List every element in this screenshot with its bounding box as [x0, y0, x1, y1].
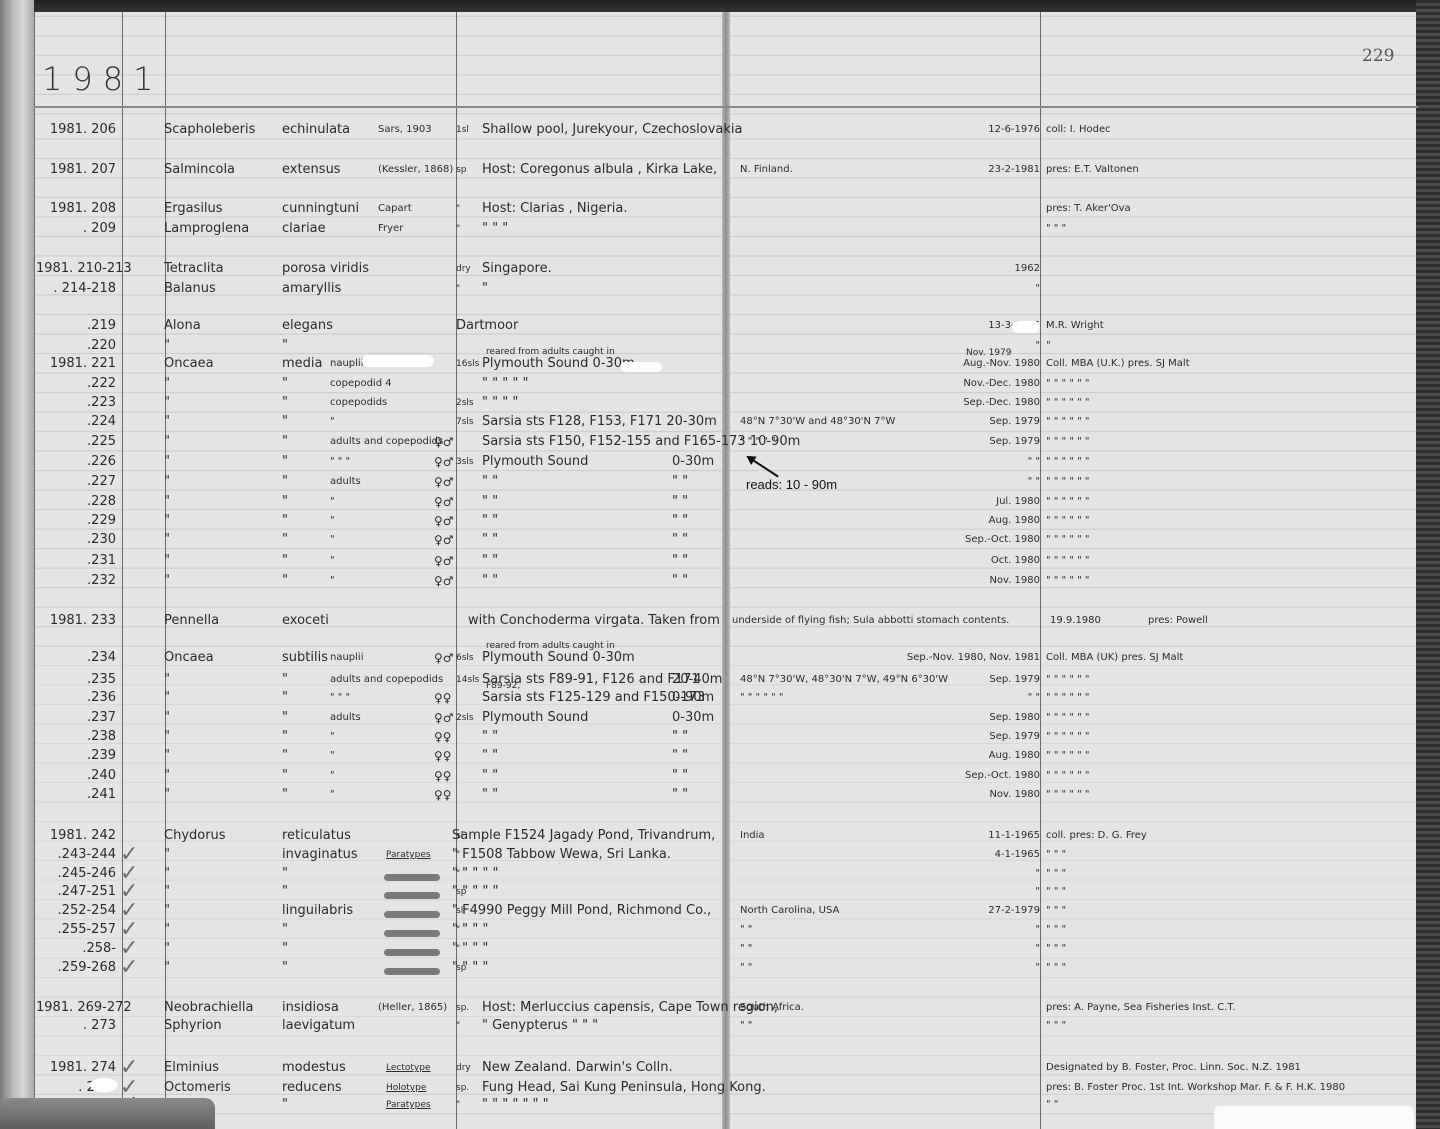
row-species: ": [282, 338, 288, 354]
page-number: 229: [1362, 46, 1394, 66]
row-locality: " ": [482, 729, 498, 745]
row-date: Nov. 1980: [900, 573, 1040, 589]
struck-through-mark: [384, 949, 440, 956]
row-prep: ": [456, 201, 460, 217]
row-reg: .220: [36, 338, 116, 354]
row-sex: ♀♂: [434, 710, 454, 726]
row-locality: " ": [482, 553, 498, 569]
row-notes: " " " " " ": [1046, 532, 1090, 548]
row-date: 1962: [900, 261, 1040, 277]
row-stage: ": [330, 553, 335, 569]
redaction-patch: [362, 355, 434, 367]
row-sex: ♀♂: [434, 553, 454, 569]
row-prep: 1sl: [456, 122, 469, 138]
row-genus: ": [164, 454, 170, 470]
row-stage: ": [330, 494, 335, 510]
row-date-note: Nov. 1979: [966, 345, 1012, 361]
book-right-edge: [1416, 0, 1440, 1129]
row-species: ": [282, 513, 288, 529]
row-locality2: India: [740, 828, 765, 844]
row-depth: 0-30m: [672, 710, 714, 726]
row-species: ": [282, 573, 288, 589]
row-prep: dry: [456, 261, 471, 277]
row-sex: ♀♂: [434, 474, 454, 490]
row-species: ": [282, 376, 288, 392]
header-rule: [34, 106, 1418, 108]
row-species: modestus: [282, 1060, 346, 1076]
row-date: ": [900, 866, 1040, 882]
row-prep: 3sls: [456, 454, 474, 470]
book-left-edge: [0, 0, 34, 1129]
row-genus: Scapholeberis: [164, 122, 255, 138]
row-species: ": [282, 710, 288, 726]
row-locality: New Zealand. Darwin's Colln.: [482, 1060, 673, 1076]
row-date: 4-1-1965: [900, 847, 1040, 863]
row-genus: Octomeris: [164, 1080, 231, 1096]
row-reg: 1981. 269-272: [36, 1000, 116, 1016]
row-locality: Shallow pool, Jurekyour, Czechoslovakia: [482, 122, 742, 138]
row-sex: ♀♀: [434, 748, 452, 764]
row-locality: Sarsia sts F128, F153, F171 20-30m: [482, 414, 717, 430]
row-species: laevigatum: [282, 1018, 355, 1034]
row-genus: ": [164, 903, 170, 919]
row-prep: 14sls: [456, 672, 479, 688]
row-stage: adults and copepodids: [330, 434, 443, 450]
row-species: insidiosa: [282, 1000, 339, 1016]
row-notes: " " ": [1046, 221, 1066, 237]
row-reg: .259-268: [36, 960, 116, 976]
row-locality: " " " ": [452, 941, 488, 957]
row-reg: .239: [36, 748, 116, 764]
row-species: ": [282, 532, 288, 548]
row-prep: 7sls: [456, 414, 474, 430]
row-reg: .243-244: [36, 847, 116, 863]
row-locality: Host: Merluccius capensis, Cape Town reg…: [482, 1000, 778, 1016]
row-stage: copepodids: [330, 395, 387, 411]
row-sex: ♀♂: [434, 532, 454, 548]
row-locality: " ": [482, 787, 498, 803]
row-date: Nov. 1980: [900, 787, 1040, 803]
row-stage: ": [330, 768, 335, 784]
struck-through-mark: [384, 968, 440, 975]
row-genus: ": [164, 690, 170, 706]
row-notes: " ": [1046, 1097, 1058, 1113]
row-prep: 2sls: [456, 395, 474, 411]
row-date: Jul. 1980: [900, 494, 1040, 510]
row-date: 12-6-1976: [900, 122, 1040, 138]
row-locality: " ": [482, 474, 498, 490]
row-stage: ": [330, 513, 335, 529]
row-locality2: underside of flying fish; Sula abbotti s…: [732, 613, 1009, 629]
row-locality: with Conchoderma virgata. Taken from: [468, 613, 720, 629]
row-prep: 2sls: [456, 710, 474, 726]
row-locality: " ": [482, 748, 498, 764]
row-depth: 20-40m: [672, 672, 722, 688]
row-reg: 1981. 274: [36, 1060, 116, 1076]
row-species: ": [282, 494, 288, 510]
row-sex: ♀♂: [434, 434, 454, 450]
row-prep: ": [456, 281, 460, 297]
row-genus: ": [164, 494, 170, 510]
row-genus: Neobrachiella: [164, 1000, 253, 1016]
row-species: extensus: [282, 162, 341, 178]
row-date: Sep.-Oct. 1980: [900, 532, 1040, 548]
row-notes: " " " " " ": [1046, 573, 1090, 589]
row-locality: " ": [482, 573, 498, 589]
row-locality2: " " " " ": [740, 434, 776, 450]
row-type-status: Paratypes: [386, 1097, 431, 1113]
row-species: ": [282, 1097, 288, 1113]
row-locality2: " ": [740, 941, 752, 957]
row-depth: 0-90m: [672, 690, 714, 706]
row-locality: Plymouth Sound: [482, 710, 588, 726]
row-notes: " " " " " ": [1046, 474, 1090, 490]
row-reg: .245-246: [36, 866, 116, 882]
row-species: ": [282, 866, 288, 882]
row-date: " ": [900, 474, 1040, 490]
row-locality: " F1508 Tabbow Wewa, Sri Lanka.: [452, 847, 671, 863]
row-species: ": [282, 922, 288, 938]
row-genus: ": [164, 395, 170, 411]
row-notes: " " ": [1046, 866, 1066, 882]
row-date: ": [900, 884, 1040, 900]
row-depth: " ": [672, 553, 688, 569]
row-author: Fryer: [378, 221, 403, 237]
row-locality: " ": [482, 768, 498, 784]
row-genus: ": [164, 573, 170, 589]
row-species: ": [282, 474, 288, 490]
row-stage: nauplii: [330, 650, 364, 666]
row-date: Sep.-Oct. 1980: [900, 768, 1040, 784]
row-reg: .232: [36, 573, 116, 589]
row-genus: ": [164, 414, 170, 430]
row-genus: ": [164, 513, 170, 529]
row-locality: " ": [482, 513, 498, 529]
row-date: 23-2-1981: [900, 162, 1040, 178]
row-reg: .225: [36, 434, 116, 450]
row-genus: Balanus: [164, 281, 216, 297]
row-notes: " " ": [1046, 1018, 1066, 1034]
row-sex: ♀♀: [434, 768, 452, 784]
row-reg: . 209: [36, 221, 116, 237]
row-species: ": [282, 690, 288, 706]
row-locality: " " " " ": [452, 866, 498, 882]
row-locality: Singapore.: [482, 261, 552, 277]
row-reg: 1981. 207: [36, 162, 116, 178]
row-reg: .219: [36, 318, 116, 334]
row-locality2: " ": [740, 1018, 752, 1034]
row-notes: pres: E.T. Valtonen: [1046, 162, 1139, 178]
row-locality2: South Africa.: [740, 1000, 804, 1016]
row-depth: " ": [672, 573, 688, 589]
row-locality2: 48°N 7°30'W and 48°30'N 7°W: [740, 414, 895, 430]
row-species: ": [282, 787, 288, 803]
row-prep: 16sls: [456, 356, 479, 372]
row-notes: pres: Powell: [1148, 613, 1208, 629]
row-stage: adults: [330, 474, 361, 490]
row-reg: .226: [36, 454, 116, 470]
row-locality: " " " ": [452, 922, 488, 938]
row-notes: " " " " " ": [1046, 729, 1090, 745]
row-reg: .227: [36, 474, 116, 490]
row-notes: " " " " " ": [1046, 395, 1090, 411]
row-prep: dry: [456, 1060, 471, 1076]
row-locality: " ": [482, 532, 498, 548]
row-locality: Dartmoor: [456, 318, 518, 334]
row-locality: Host: Clarias , Nigeria.: [482, 201, 628, 217]
row-sex: ♀♀: [434, 690, 452, 706]
row-genus: ": [164, 787, 170, 803]
struck-through-mark: [384, 930, 440, 937]
row-locality2: " " " " " ": [740, 690, 784, 706]
ledger-scan: 1981 229 1981. 206Scapholeberisechinulat…: [0, 0, 1440, 1129]
row-prep: sp: [456, 162, 466, 178]
row-date: Aug. 1980: [900, 748, 1040, 764]
row-notes: " " " " " ": [1046, 376, 1090, 392]
row-date: ": [900, 960, 1040, 976]
row-stage: " " ": [330, 690, 350, 706]
row-date: " ": [900, 454, 1040, 470]
row-genus: Oncaea: [164, 356, 214, 372]
row-genus: ": [164, 847, 170, 863]
row-author: Capart: [378, 201, 412, 217]
redaction-patch: [90, 1078, 118, 1092]
row-prep: ": [456, 1097, 460, 1113]
row-depth: " ": [672, 748, 688, 764]
row-reg: .240: [36, 768, 116, 784]
row-prep: sp.: [456, 1080, 469, 1096]
row-date: 27-2-1979: [900, 903, 1040, 919]
row-date: Sep. 1980: [900, 710, 1040, 726]
row-stage: " " ": [330, 454, 350, 470]
row-depth: " ": [672, 768, 688, 784]
row-reg: . 273: [36, 1018, 116, 1034]
row-species: ": [282, 414, 288, 430]
row-locality: " " " " " " ": [482, 1097, 549, 1113]
row-notes: coll: I. Hodec: [1046, 122, 1111, 138]
row-author: (Kessler, 1868): [378, 162, 453, 178]
row-reg: .222: [36, 376, 116, 392]
row-date: 11-1-1965: [900, 828, 1040, 844]
row-date: " ": [900, 690, 1040, 706]
row-reg: . 214-218: [36, 281, 116, 297]
row-reg: 1981. 242: [36, 828, 116, 844]
row-locality2: " ": [740, 960, 752, 976]
row-date: Sep.-Nov. 1980, Nov. 1981: [900, 650, 1040, 666]
redaction-patch: [1012, 321, 1040, 333]
row-stage: ": [330, 573, 335, 589]
row-species: ": [282, 395, 288, 411]
row-prep: ": [456, 221, 460, 237]
row-notes: " " " " " ": [1046, 434, 1090, 450]
row-locality: " F4990 Peggy Mill Pond, Richmond Co.,: [452, 903, 711, 919]
row-locality-note: reared from adults caught in: [486, 638, 615, 654]
row-locality: " " " " ": [452, 884, 498, 900]
row-sex: ♀♀: [434, 787, 452, 803]
row-stage: nauplii: [330, 356, 364, 372]
row-species: subtilis: [282, 650, 328, 666]
row-species: reticulatus: [282, 828, 351, 844]
row-locality: Sample F1524 Jagady Pond, Trivandrum,: [452, 828, 715, 844]
row-sex: ♀♂: [434, 650, 454, 666]
row-type-status: Holotype: [386, 1080, 426, 1096]
row-reg: .231: [36, 553, 116, 569]
row-locality: Plymouth Sound: [482, 454, 588, 470]
row-species: invaginatus: [282, 847, 358, 863]
row-type-status: Lectotype: [386, 1060, 430, 1076]
row-reg: .224: [36, 414, 116, 430]
row-genus: ": [164, 672, 170, 688]
row-stage: ": [330, 748, 335, 764]
row-species: ": [282, 553, 288, 569]
row-species: ": [282, 768, 288, 784]
row-species: ": [282, 434, 288, 450]
row-prep: ": [456, 1018, 460, 1034]
row-sex: ♀♂: [434, 454, 454, 470]
row-genus: Tetraclita: [164, 261, 224, 277]
row-genus: Elminius: [164, 1060, 219, 1076]
row-genus: ": [164, 960, 170, 976]
row-genus: Alona: [164, 318, 201, 334]
row-notes: " " ": [1046, 884, 1066, 900]
row-reg: .235: [36, 672, 116, 688]
row-stage: copepodid 4: [330, 376, 392, 392]
row-depth: " ": [672, 513, 688, 529]
row-date: Sep. 1979: [900, 434, 1040, 450]
row-stage: adults: [330, 710, 361, 726]
row-prep: sp.: [456, 1000, 469, 1016]
row-notes: " " " " " ": [1046, 672, 1090, 688]
row-reg: 1981. 210-213: [36, 261, 116, 277]
row-reg: .228: [36, 494, 116, 510]
row-genus: ": [164, 729, 170, 745]
row-reg: .234: [36, 650, 116, 666]
row-locality: " Genypterus " " ": [482, 1018, 598, 1034]
redaction-patch: [620, 362, 662, 372]
row-notes: " " " " " ": [1046, 748, 1090, 764]
row-genus: ": [164, 434, 170, 450]
row-date: Nov.-Dec. 1980: [900, 376, 1040, 392]
row-reg: .236: [36, 690, 116, 706]
row-depth: 0-30m: [672, 454, 714, 470]
row-date: Aug. 1980: [900, 513, 1040, 529]
row-species: amaryllis: [282, 281, 341, 297]
row-notes: Designated by B. Foster, Proc. Linn. Soc…: [1046, 1060, 1301, 1076]
ledger-page: [22, 12, 1418, 1129]
row-date: ": [900, 941, 1040, 957]
row-check: ✓: [120, 960, 138, 976]
row-type-status: Paratypes: [386, 847, 431, 863]
row-date: 19.9.1980: [1050, 613, 1101, 629]
row-notes: pres: A. Payne, Sea Fisheries Inst. C.T.: [1046, 1000, 1235, 1016]
row-genus: ": [164, 922, 170, 938]
row-locality: ": [482, 281, 488, 297]
struck-through-mark: [384, 892, 440, 899]
row-notes: " " " " " ": [1046, 710, 1090, 726]
row-genus: ": [164, 532, 170, 548]
row-locality-note: F89-92,: [486, 678, 520, 694]
row-notes: " " " " " ": [1046, 513, 1090, 529]
row-locality: " " " ": [482, 395, 518, 411]
row-notes: " " " " " ": [1046, 494, 1090, 510]
row-genus: ": [164, 866, 170, 882]
row-locality: " " ": [482, 221, 508, 237]
row-genus: Pennella: [164, 613, 219, 629]
row-notes: M.R. Wright: [1046, 318, 1104, 334]
row-date: Sep. 1979: [900, 729, 1040, 745]
struck-through-mark: [384, 874, 440, 881]
row-genus: ": [164, 941, 170, 957]
row-species: elegans: [282, 318, 333, 334]
row-notes: " " ": [1046, 941, 1066, 957]
row-genus: Lamproglena: [164, 221, 249, 237]
row-notes: coll. pres: D. G. Frey: [1046, 828, 1147, 844]
row-reg: .258-: [36, 941, 116, 957]
row-stage: adults and copepodids: [330, 672, 443, 688]
row-genus: Sphyrion: [164, 1018, 222, 1034]
row-date: ": [900, 922, 1040, 938]
row-sex: ♀♀: [434, 729, 452, 745]
row-species: ": [282, 960, 288, 976]
row-notes: " " " " " ": [1046, 690, 1090, 706]
row-notes: " " ": [1046, 847, 1066, 863]
thumb-shadow: [0, 1098, 215, 1129]
row-author: (Heller, 1865): [378, 1000, 447, 1016]
row-reg: 1981. 206: [36, 122, 116, 138]
row-check: ✓: [120, 1060, 138, 1076]
row-date: ": [900, 281, 1040, 297]
row-notes: " " " " " ": [1046, 414, 1090, 430]
row-species: exoceti: [282, 613, 329, 629]
year-heading: 1981: [42, 60, 163, 98]
row-species: clariae: [282, 221, 326, 237]
row-date: Sep.-Dec. 1980: [900, 395, 1040, 411]
row-reg: .241: [36, 787, 116, 803]
row-locality: Host: Coregonus albula , Kirka Lake,: [482, 162, 717, 178]
row-species: ": [282, 454, 288, 470]
column-rule: [34, 12, 35, 1129]
row-genus: ": [164, 338, 170, 354]
row-genus: Chydorus: [164, 828, 226, 844]
row-sex: ♀♂: [434, 494, 454, 510]
row-reg: .247-251: [36, 884, 116, 900]
row-depth: " ": [672, 494, 688, 510]
row-genus: ": [164, 710, 170, 726]
row-notes: " " ": [1046, 903, 1066, 919]
row-reg: 1981. 208: [36, 201, 116, 217]
row-genus: Oncaea: [164, 650, 214, 666]
row-stage: ": [330, 532, 335, 548]
corner-card: [1214, 1106, 1414, 1129]
row-notes: " " " " " ": [1046, 768, 1090, 784]
row-notes: " " ": [1046, 960, 1066, 976]
row-locality: Fung Head, Sai Kung Peninsula, Hong Kong…: [482, 1080, 766, 1096]
row-genus: ": [164, 768, 170, 784]
row-author: Sars, 1903: [378, 122, 432, 138]
row-species: ": [282, 748, 288, 764]
row-prep: 6sls: [456, 650, 474, 666]
row-species: ": [282, 884, 288, 900]
row-notes: " " " " " ": [1046, 787, 1090, 803]
row-species: ": [282, 672, 288, 688]
row-reg: .229: [36, 513, 116, 529]
row-notes: " " " " " ": [1046, 553, 1090, 569]
row-date: Sep. 1979: [900, 672, 1040, 688]
row-reg: 1981. 233: [36, 613, 116, 629]
row-date: Sep. 1979: [900, 414, 1040, 430]
row-species: linguilabris: [282, 903, 353, 919]
row-species: ": [282, 729, 288, 745]
